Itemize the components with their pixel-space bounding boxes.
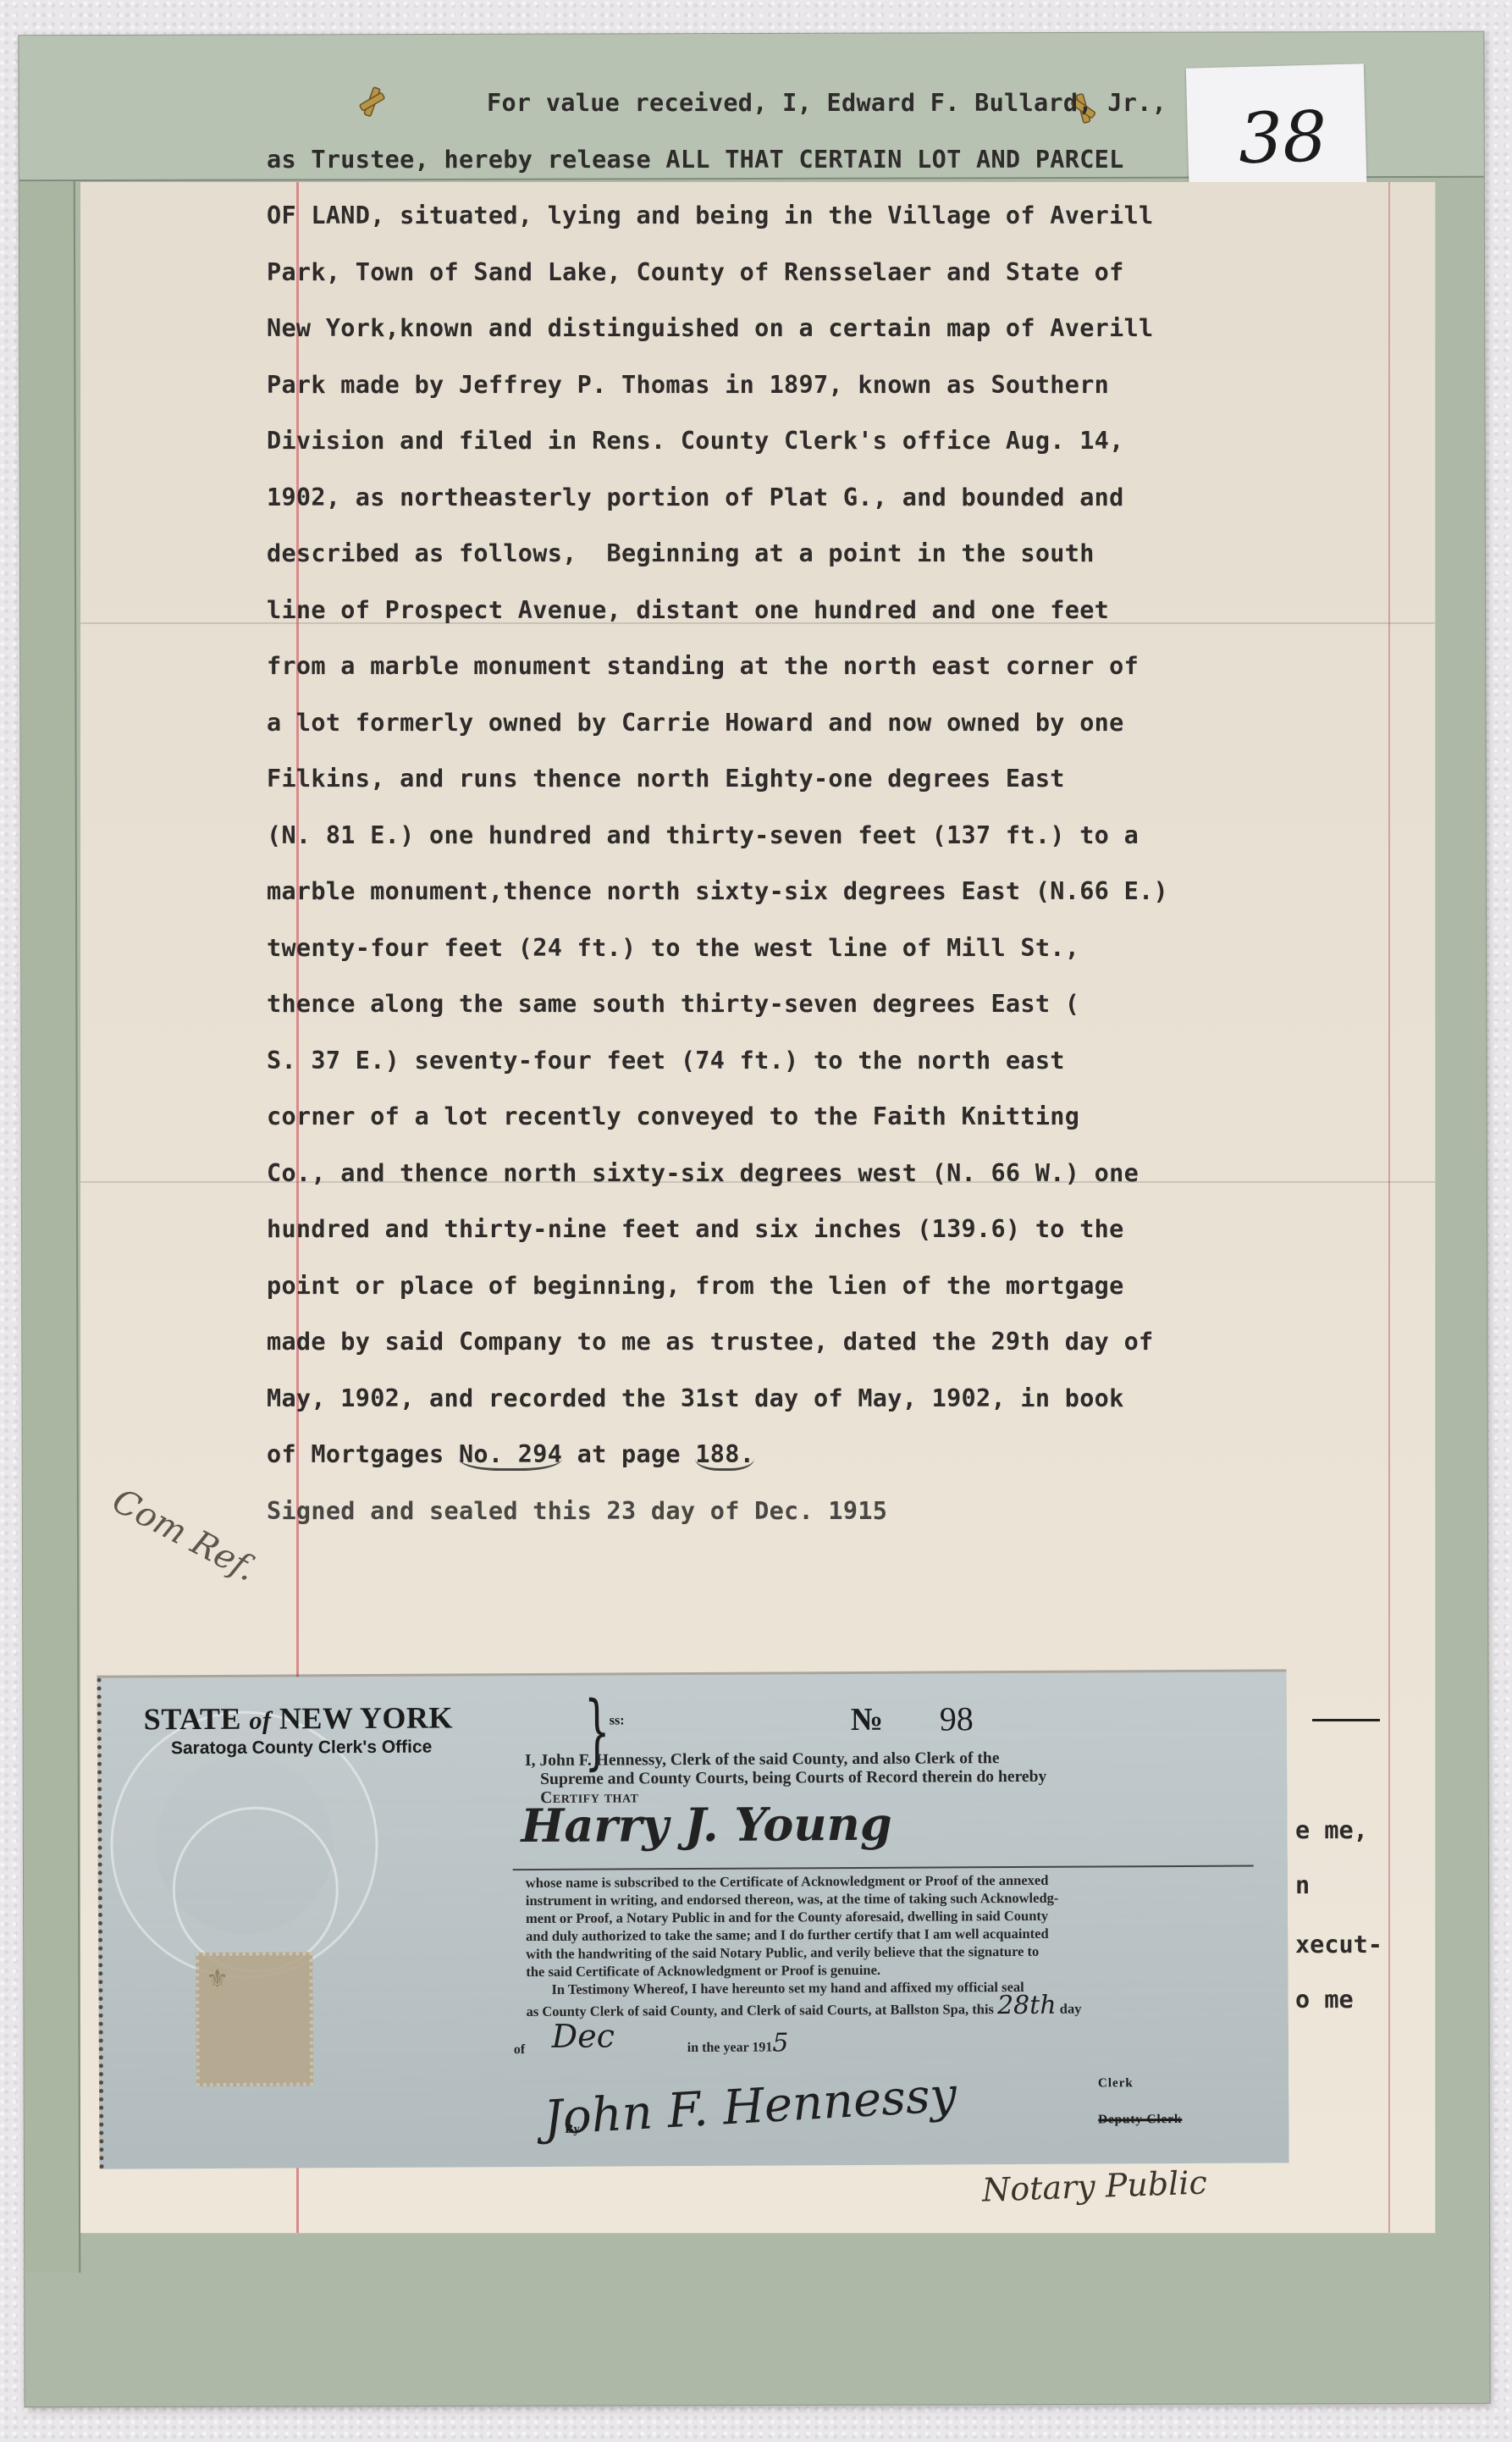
deed-line: corner of a lot recently conveyed to the… [267,1102,1350,1159]
certificate-office: Saratoga County Clerk's Office [171,1738,433,1760]
deed-line: thence along the same south thirty-seven… [267,990,1350,1047]
backer-left-strip [19,181,80,2273]
signed-sealed-line: Signed and sealed this 23 day of Dec. 19… [267,1497,1350,1554]
right-margin-rule [1388,182,1390,2233]
certificate-number: 98 [940,1699,974,1738]
deed-line: New York,known and distinguished on a ce… [267,314,1350,371]
clerk-signature: John F. Hennessy [543,2068,958,2146]
ss-label: ss: [610,1713,625,1728]
deed-text: For value received, I, Edward F. Bullard… [267,89,1350,1553]
deed-line: twenty-four feet (24 ft.) to the west li… [267,934,1350,991]
certificate-year-digit: 5 [772,2028,788,2058]
deed-line: (N. 81 E.) one hundred and thirty-seven … [267,821,1350,878]
deed-line: Park made by Jeffrey P. Thomas in 1897, … [267,371,1350,428]
notary-name: Harry J. Young [521,1815,891,1835]
deed-line: from a marble monument standing at the n… [267,652,1350,709]
deed-line: a lot formerly owned by Carrie Howard an… [267,709,1350,765]
deed-line: For value received, I, Edward F. Bullard… [267,89,1350,146]
handwritten-fragment [1312,1693,1380,1721]
deed-line: May, 1902, and recorded the 31st day of … [267,1384,1350,1441]
notary-public-signature: Notary Public [981,2163,1207,2208]
mortgage-page-number: 188. [695,1440,754,1471]
fragment-text: o me [1295,1986,1354,2014]
mortgage-book-number: No. 294 [459,1440,562,1471]
deed-line: Division and filed in Rens. County Clerk… [267,427,1350,483]
deed-line: line of Prospect Avenue, distant one hun… [267,596,1350,653]
deed-line: hundred and thirty-nine feet and six inc… [267,1215,1350,1272]
deed-line: S. 37 E.) seventy-four feet (74 ft.) to … [267,1047,1350,1103]
deed-line: point or place of beginning, from the li… [267,1272,1350,1329]
deed-line: OF LAND, situated, lying and being in th… [267,202,1350,258]
deed-line-last: of Mortgages No. 294 at page 188. [267,1440,1350,1497]
notary-name-line: Harry J. Young [512,1813,1253,1871]
deed-line: as Trustee, hereby release ALL THAT CERT… [267,146,1350,202]
clerk-certificate: ⚜ STATE of NEW YORK Saratoga County Cler… [97,1671,1289,2169]
clerk-label: Clerk [1098,2076,1134,2091]
deed-line: made by said Company to me as trustee, d… [267,1328,1350,1384]
certificate-date-line: of Dec in the year 1915 [527,2024,1255,2067]
fragment-text: e me, [1295,1816,1368,1844]
fragment-text: xecut- [1295,1931,1382,1959]
certificate-body: I, John F. Hennessy, Clerk of the said C… [525,1749,1255,2066]
certificate-month: Dec [552,2026,615,2045]
deed-line: 1902, as northeasterly portion of Plat G… [267,483,1350,540]
deed-line: Filkins, and runs thence north Eighty-on… [267,765,1350,821]
deed-line: Park, Town of Sand Lake, County of Renss… [267,258,1350,315]
deed-line: Co., and thence north sixty-six degrees … [267,1159,1350,1216]
deputy-clerk-label: Deputy Clerk [1098,2113,1182,2128]
certificate-state-heading: STATE of NEW YORK [144,1699,453,1737]
certificate-day: 28th [997,1991,1057,2020]
deed-line: described as follows, Beginning at a poi… [267,539,1350,596]
revenue-stamp: ⚜ [196,1952,313,2086]
number-sign: № [851,1701,883,1738]
deed-line: marble monument,thence north sixty-six d… [267,877,1350,934]
by-label: By [565,2123,580,2137]
fragment-text: n [1295,1871,1310,1899]
